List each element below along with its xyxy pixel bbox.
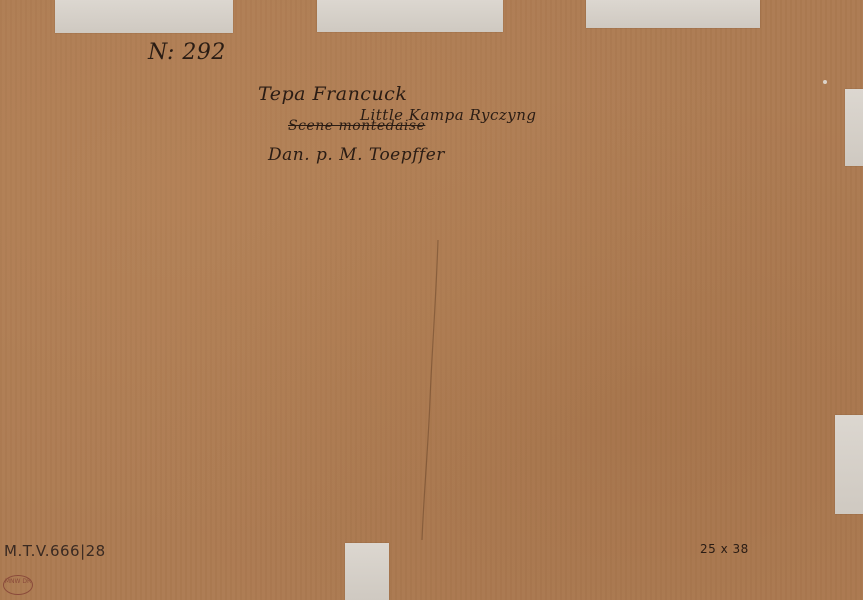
tape-strip-right-upper — [845, 89, 863, 166]
catalog-number: M.T.V.666|28 — [4, 542, 106, 560]
inscription-title-line-1: Tepa Francuck — [258, 83, 407, 105]
artwork-back-board: N: 292 Tepa Francuck Little Kampa Ryczyn… — [0, 0, 863, 600]
dimensions-note: 25 x 38 — [700, 542, 749, 556]
inscription-author: Dan. p. M. Toepffer — [268, 145, 445, 165]
tape-strip-top-left — [55, 0, 233, 33]
tape-strip-top-center — [317, 0, 503, 32]
inscription-struck-line: Scene montedaise — [288, 118, 425, 134]
inventory-number: N: 292 — [148, 40, 226, 65]
tape-strip-top-right — [586, 0, 760, 28]
tape-strip-bottom-center — [345, 543, 389, 600]
pin-hole — [823, 80, 827, 84]
tape-strip-right-lower — [835, 415, 863, 514]
museum-stamp: MNW DR — [3, 575, 33, 595]
board-crease — [418, 240, 448, 540]
